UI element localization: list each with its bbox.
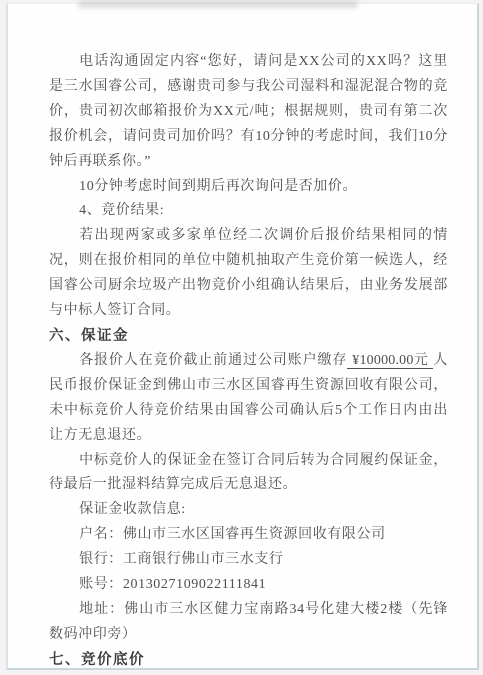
paragraph-payee-info-label: 保证金收款信息: (49, 498, 448, 523)
paragraph-address: 地址：佛山市三水区健力宝南路34号化建大楼2楼（先锋数码冲印旁） (49, 598, 448, 648)
document-page: 电话沟通固定内容“您好，请问是XX公司的XX吗？这里是三水国睿公司，感谢贵司参与… (6, 3, 479, 670)
paragraph-reconsider-note: 10分钟考虑时间到期后再次询问是否加价。 (49, 175, 448, 200)
paragraph-account-name: 户名：佛山市三水区国睿再生资源回收有限公司 (49, 523, 448, 548)
document-canvas: 电话沟通固定内容“您好，请问是XX公司的XX吗？这里是三水国睿公司，感谢贵司参与… (0, 0, 483, 675)
paragraph-account-number: 账号：2013027109022111841 (49, 573, 448, 598)
section-heading-floor-price: 七、竞价底价 (49, 648, 448, 673)
paragraph-performance-bond: 中标竞价人的保证金在签订合同后转为合同履约保证金，待最后一批湿料结算完成后无息退… (49, 449, 448, 499)
paragraph-bank: 银行：工商银行佛山市三水支行 (49, 548, 448, 573)
paragraph-deposit: 各报价人在竞价截止前通过公司账户缴存¥10000.00元人民币报价保证金到佛山市… (49, 349, 448, 449)
paragraph-result-text: 若出现两家或多家单位经二次调价后报价结果相同的情况，则在报价相同的单位中随机抽取… (49, 224, 448, 324)
section-heading-deposit: 六、保证金 (49, 324, 448, 349)
paragraph-result-heading: 4、竞价结果: (49, 199, 448, 224)
deposit-amount-underlined: ¥10000.00元 (347, 353, 433, 369)
paragraph-phone-script: 电话沟通固定内容“您好，请问是XX公司的XX吗？这里是三水国睿公司，感谢贵司参与… (49, 50, 448, 175)
page-content: 电话沟通固定内容“您好，请问是XX公司的XX吗？这里是三水国睿公司，感谢贵司参与… (8, 4, 477, 673)
deposit-text-before: 各报价人在竞价截止前通过公司账户缴存 (79, 353, 347, 368)
